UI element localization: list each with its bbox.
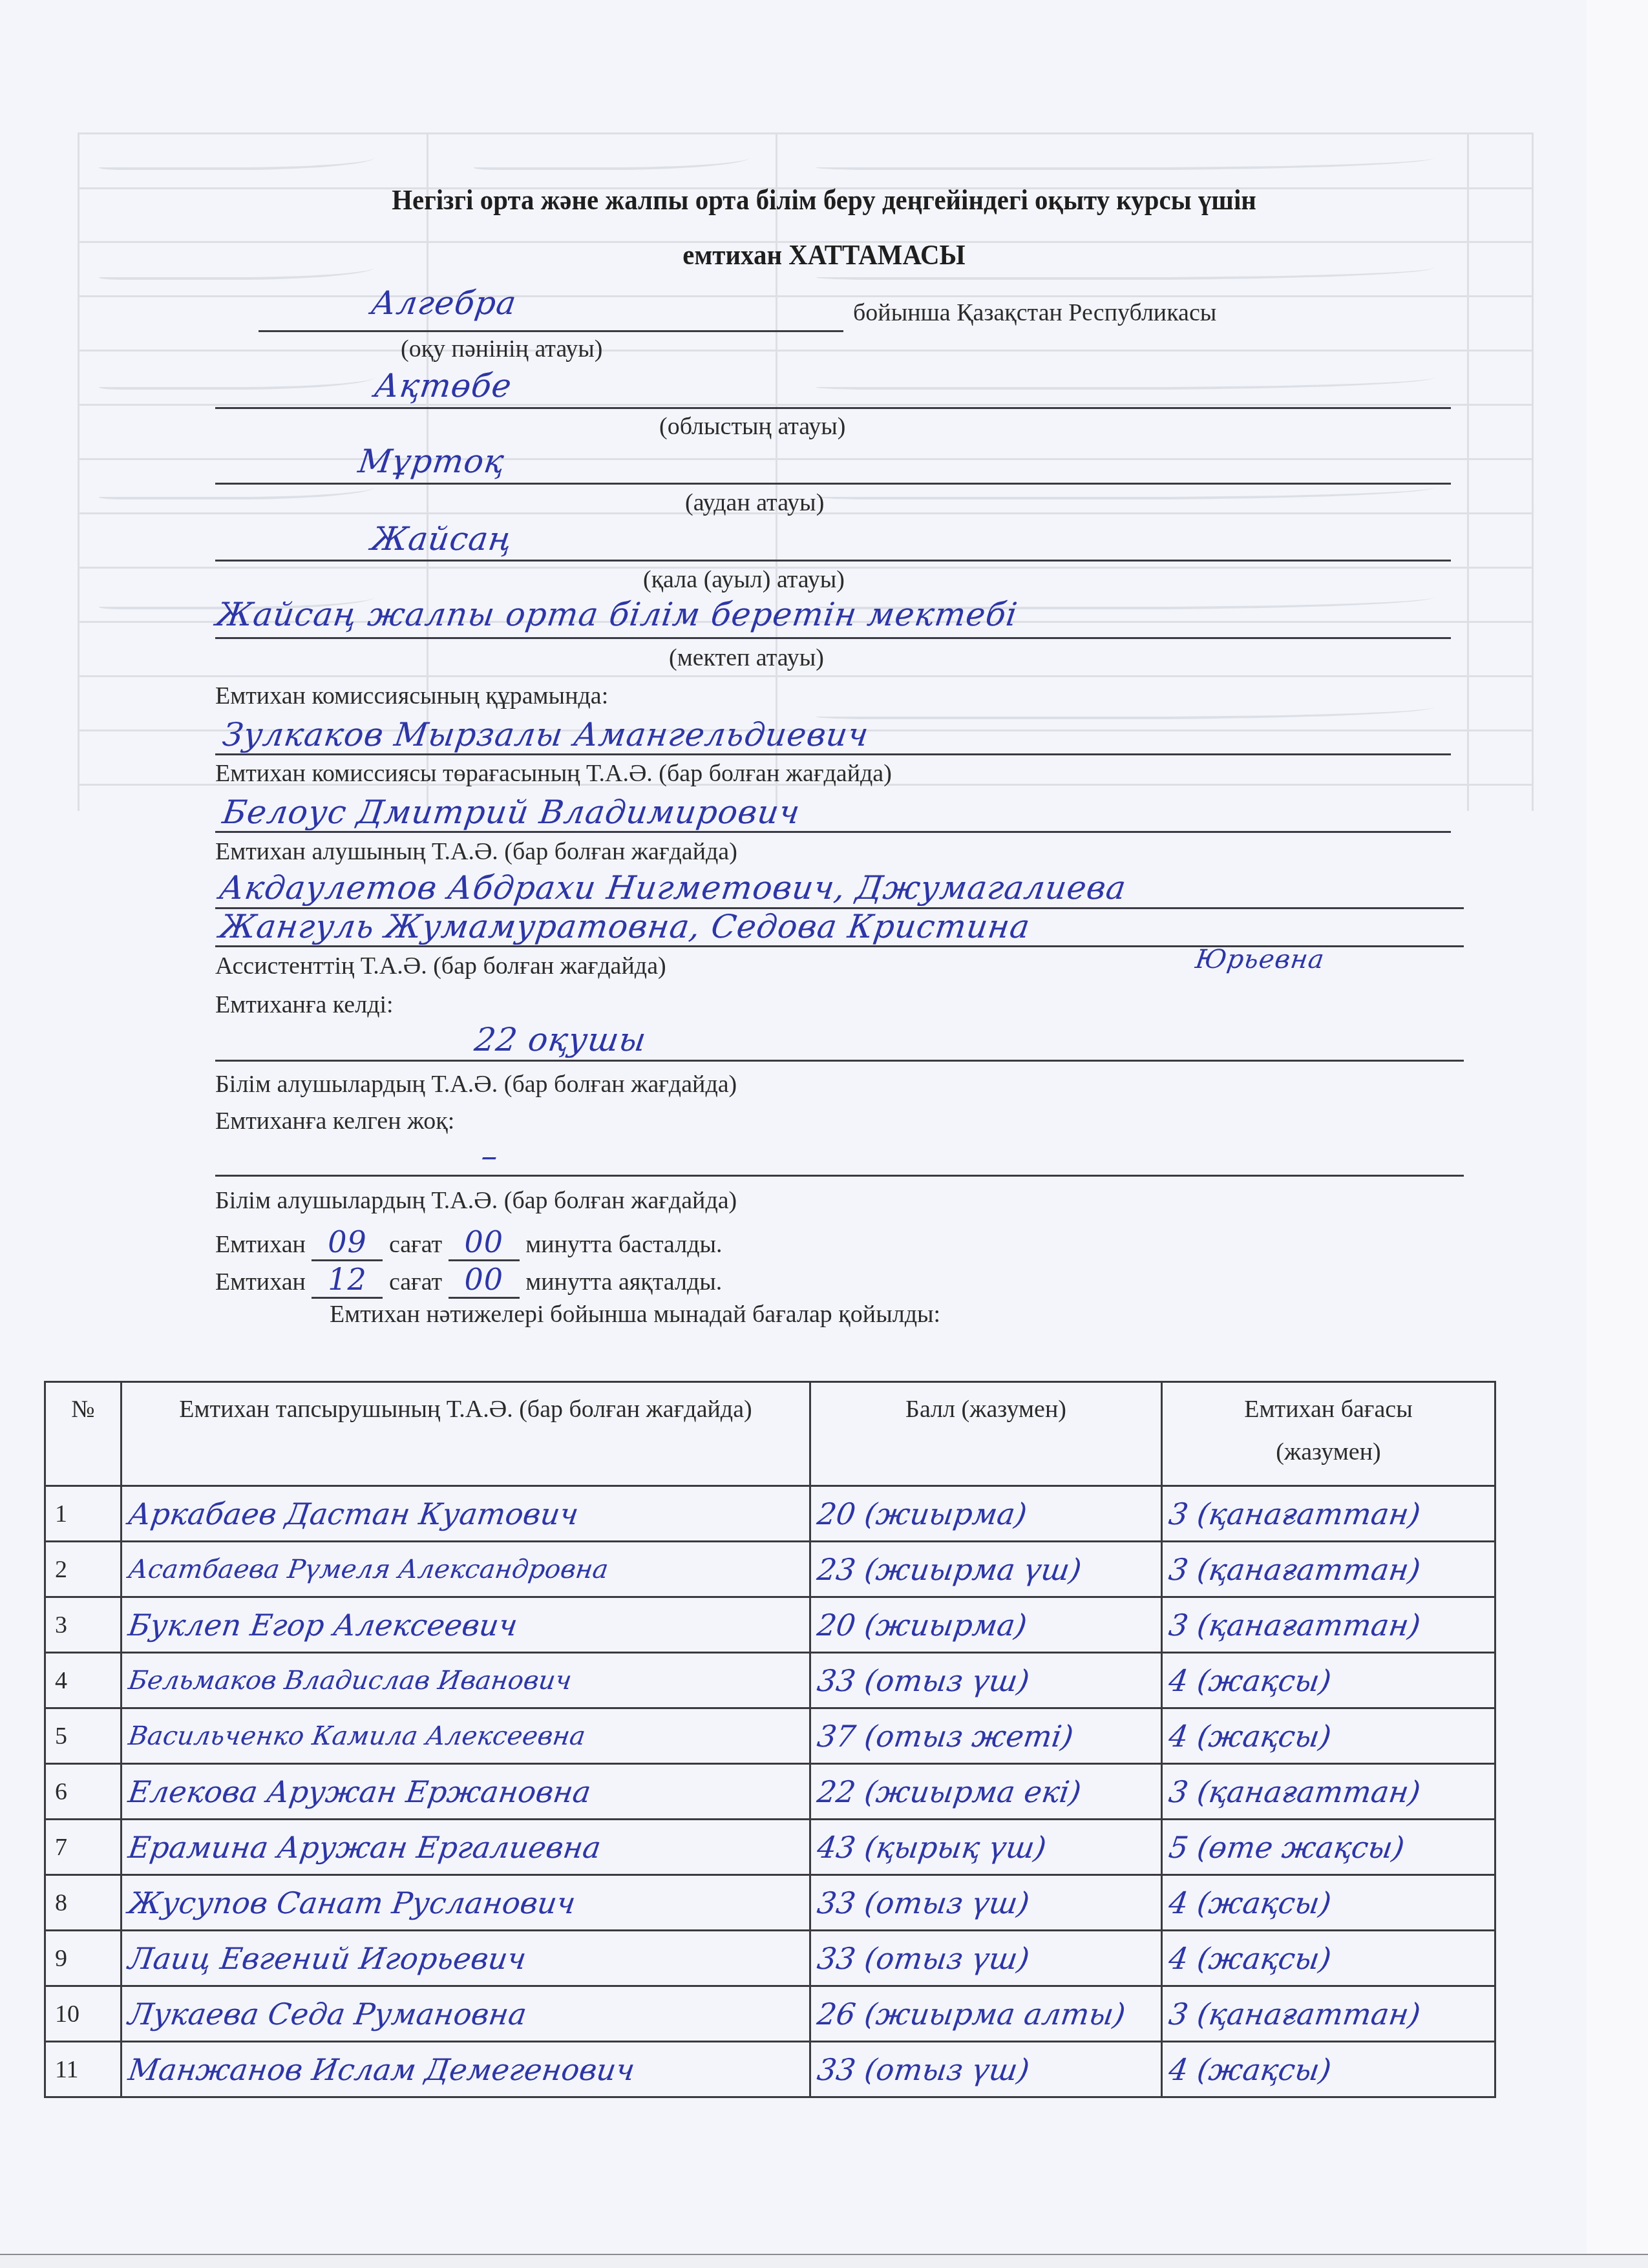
row-number: 8 (55, 1889, 67, 1916)
results-table: № Емтихан тапсырушының Т.А.Ә. (бар болға… (44, 1381, 1496, 2098)
grade-field[interactable]: 5 (өте жақсы) (1160, 1830, 1406, 1865)
score-field[interactable]: 22 (жиырма екі) (808, 1774, 1083, 1809)
grade-field[interactable]: 3 (қанағаттан) (1160, 1552, 1422, 1587)
school-field[interactable]: Жайсаң жалпы орта білім беретін мектебі (214, 596, 1020, 633)
grade-field-cell: 4 (жақсы) (1162, 1875, 1495, 1931)
student-name-field[interactable]: Буклеп Егор Алексеевич (120, 1608, 520, 1643)
chair-line (215, 831, 1451, 833)
student-name-field[interactable]: Асатбаева Рүмеля Александровна (120, 1555, 610, 1584)
score-field[interactable]: 33 (отыз үш) (808, 1885, 1031, 1920)
score-field[interactable]: 20 (жиырма) (808, 1608, 1029, 1643)
document-title-line-2: емтихан ХАТТАМАСЫ (178, 236, 1470, 275)
absent-line (215, 1175, 1464, 1177)
student-name-field-cell: Лаиц Евгений Игорьевич (121, 1931, 810, 1986)
student-name-field-cell: Буклеп Егор Алексеевич (121, 1597, 810, 1653)
score-field[interactable]: 33 (отыз үш) (808, 1941, 1031, 1976)
table-row: 9Лаиц Евгений Игорьевич33 (отыз үш)4 (жа… (45, 1931, 1495, 1986)
grade-field[interactable]: 4 (жақсы) (1160, 1941, 1333, 1976)
absent-caption: Білім алушылардың Т.А.Ә. (бар болған жағ… (215, 1186, 737, 1215)
start-minute-field[interactable]: 00 (464, 1224, 503, 1259)
school-line (215, 637, 1451, 639)
score-field-cell: 33 (отыз үш) (810, 1931, 1162, 1986)
district-line (215, 483, 1451, 485)
grade-field-cell: 3 (қанағаттан) (1162, 1597, 1495, 1653)
city-line (215, 560, 1451, 562)
score-field[interactable]: 43 (қырық үш) (808, 1830, 1048, 1865)
score-field[interactable]: 33 (отыз үш) (808, 1663, 1031, 1698)
region-line (215, 407, 1451, 409)
row-number-cell: 2 (45, 1542, 121, 1597)
score-field-cell: 37 (отыз жеті) (810, 1708, 1162, 1764)
score-field[interactable]: 23 (жиырма үш) (808, 1552, 1083, 1587)
city-field[interactable]: Жайсаң (369, 520, 515, 558)
student-name-field[interactable]: Елекова Аружан Ержановна (120, 1774, 593, 1809)
grade-field-cell: 5 (өте жақсы) (1162, 1820, 1495, 1875)
table-row: 11Манжанов Ислам Демегенович33 (отыз үш)… (45, 2042, 1495, 2097)
attended-field[interactable]: 22 оқушы (472, 1021, 649, 1058)
grade-field[interactable]: 4 (жақсы) (1160, 1719, 1333, 1754)
start-mid: сағат (389, 1231, 442, 1258)
grade-field-cell: 3 (қанағаттан) (1162, 1542, 1495, 1597)
start-suffix: минутта басталды. (525, 1231, 722, 1258)
student-name-field[interactable]: Манжанов Ислам Демегенович (120, 2052, 637, 2087)
table-row: 3Буклеп Егор Алексеевич20 (жиырма)3 (қан… (45, 1597, 1495, 1653)
row-number-cell: 9 (45, 1931, 121, 1986)
score-field[interactable]: 20 (жиырма) (808, 1496, 1029, 1531)
student-name-field[interactable]: Васильченко Камила Алексеевна (120, 1721, 587, 1751)
table-row: 2Асатбаева Рүмеля Александровна23 (жиырм… (45, 1542, 1495, 1597)
score-field-cell: 20 (жиырма) (810, 1486, 1162, 1542)
table-row: 8Жусупов Санат Русланович33 (отыз үш)4 (… (45, 1875, 1495, 1931)
student-name-field-cell: Жусупов Санат Русланович (121, 1875, 810, 1931)
score-field-cell: 26 (жиырма алты) (810, 1986, 1162, 2042)
region-caption: (облыстың атауы) (659, 412, 845, 441)
row-number: 7 (55, 1834, 67, 1861)
absent-label: Емтиханға келген жоқ: (215, 1107, 454, 1135)
grade-field[interactable]: 4 (жақсы) (1160, 2052, 1333, 2087)
row-number-cell: 8 (45, 1875, 121, 1931)
score-field-cell: 22 (жиырма екі) (810, 1764, 1162, 1820)
commission-label: Емтихан комиссиясының құрамында: (215, 682, 608, 710)
subject-suffix: бойынша Қазақстан Республикасы (853, 299, 1216, 327)
student-name-field-cell: Асатбаева Рүмеля Александровна (121, 1542, 810, 1597)
grade-field-cell: 4 (жақсы) (1162, 2042, 1495, 2097)
score-field[interactable]: 26 (жиырма алты) (808, 1997, 1127, 2032)
assistant-label: Ассистенттің Т.А.Ә. (бар болған жағдайда… (215, 952, 666, 980)
results-body: 1Аркабаев Дастан Куатович20 (жиырма)3 (қ… (45, 1486, 1495, 2097)
grade-field-cell: 4 (жақсы) (1162, 1708, 1495, 1764)
grade-field[interactable]: 3 (қанағаттан) (1160, 1496, 1422, 1531)
score-field-cell: 33 (отыз үш) (810, 1875, 1162, 1931)
row-number: 9 (55, 1945, 67, 1972)
region-field[interactable]: Ақтөбе (372, 367, 514, 404)
student-name-field-cell: Лукаева Седа Румановна (121, 1986, 810, 2042)
row-number: 11 (55, 2056, 79, 2083)
row-number-cell: 6 (45, 1764, 121, 1820)
header-name: Емтихан тапсырушының Т.А.Ә. (бар болған … (121, 1382, 810, 1486)
examiner-field-line-3[interactable]: Юрьевна (1194, 945, 1327, 974)
start-hour-field[interactable]: 09 (328, 1224, 367, 1259)
header-score: Балл (жазумен) (810, 1382, 1162, 1486)
row-number-cell: 4 (45, 1653, 121, 1708)
attended-line (215, 1060, 1464, 1062)
examiner-field-line-1[interactable]: Акдаулетов Абдрахи Нигметович, Джумагали… (217, 869, 1129, 907)
student-name-field-cell: Елекова Аружан Ержановна (121, 1764, 810, 1820)
row-number-cell: 10 (45, 1986, 121, 2042)
student-name-field[interactable]: Лаиц Евгений Игорьевич (120, 1941, 529, 1976)
student-name-field-cell: Аркабаев Дастан Куатович (121, 1486, 810, 1542)
school-caption: (мектеп атауы) (669, 644, 824, 672)
attended-caption: Білім алушылардың Т.А.Ә. (бар болған жағ… (215, 1070, 737, 1098)
grade-field[interactable]: 4 (жақсы) (1160, 1885, 1333, 1920)
row-number: 6 (55, 1778, 67, 1805)
student-name-field[interactable]: Лукаева Седа Румановна (120, 1997, 529, 2032)
chair-label: Емтихан комиссиясы төрағасының Т.А.Ә. (б… (215, 759, 892, 788)
score-field-cell: 43 (қырық үш) (810, 1820, 1162, 1875)
city-caption: (қала (ауыл) атауы) (643, 565, 845, 594)
row-number-cell: 5 (45, 1708, 121, 1764)
student-name-field[interactable]: Ерамина Аружан Ергалиевна (120, 1830, 603, 1865)
grade-field[interactable]: 3 (қанағаттан) (1160, 1774, 1422, 1809)
district-caption: (аудан атауы) (685, 488, 824, 517)
end-hour-field[interactable]: 12 (328, 1262, 367, 1297)
score-field[interactable]: 33 (отыз үш) (808, 2052, 1031, 2087)
subject-field[interactable]: Алгебра (369, 284, 519, 322)
commission-field[interactable]: Зулкаков Мырзалы Амангельдиевич (220, 716, 871, 753)
student-name-field-cell: Ерамина Аружан Ергалиевна (121, 1820, 810, 1875)
row-number: 10 (55, 2000, 79, 2028)
header-number: № (45, 1382, 121, 1486)
grade-field-cell: 4 (жақсы) (1162, 1653, 1495, 1708)
student-name-field-cell: Манжанов Ислам Демегенович (121, 2042, 810, 2097)
row-number: 2 (55, 1556, 67, 1583)
row-number-cell: 7 (45, 1820, 121, 1875)
end-minute-field[interactable]: 00 (464, 1262, 503, 1297)
student-name-field[interactable]: Жусупов Санат Русланович (120, 1885, 578, 1920)
table-row: 4Бельмаков Владислав Иванович33 (отыз үш… (45, 1653, 1495, 1708)
row-number: 1 (55, 1500, 67, 1528)
student-name-field-cell: Бельмаков Владислав Иванович (121, 1653, 810, 1708)
end-mid: сағат (389, 1268, 442, 1296)
student-name-field[interactable]: Бельмаков Владислав Иванович (120, 1666, 574, 1696)
results-header-row: № Емтихан тапсырушының Т.А.Ә. (бар болға… (45, 1382, 1495, 1486)
grade-field-cell: 3 (қанағаттан) (1162, 1486, 1495, 1542)
grade-field[interactable]: 3 (қанағаттан) (1160, 1608, 1422, 1643)
student-name-field-cell: Васильченко Камила Алексеевна (121, 1708, 810, 1764)
subject-caption: (оқу пәнінің атауы) (401, 335, 603, 363)
table-row: 10Лукаева Седа Румановна26 (жиырма алты)… (45, 1986, 1495, 2042)
row-number-cell: 1 (45, 1486, 121, 1542)
score-field-cell: 33 (отыз үш) (810, 1653, 1162, 1708)
row-number-cell: 3 (45, 1597, 121, 1653)
chair-field[interactable]: Белоус Дмитрий Владимирович (220, 793, 803, 831)
table-row: 6Елекова Аружан Ержановна22 (жиырма екі)… (45, 1764, 1495, 1820)
commission-line (215, 753, 1451, 755)
row-number: 3 (55, 1612, 67, 1639)
absent-field[interactable]: – (479, 1137, 501, 1175)
grade-field-cell: 3 (қанағаттан) (1162, 1986, 1495, 2042)
row-number: 5 (55, 1723, 67, 1750)
examiner-label: Емтихан алушының Т.А.Ә. (бар болған жағд… (215, 837, 737, 866)
subject-line (259, 330, 843, 332)
row-number: 4 (55, 1667, 67, 1694)
table-row: 1Аркабаев Дастан Куатович20 (жиырма)3 (қ… (45, 1486, 1495, 1542)
grade-field-cell: 4 (жақсы) (1162, 1931, 1495, 1986)
score-field-cell: 33 (отыз үш) (810, 2042, 1162, 2097)
header-grade: Емтихан бағасы (жазумен) (1162, 1382, 1495, 1486)
student-name-field[interactable]: Аркабаев Дастан Куатович (120, 1496, 580, 1531)
table-row: 5Васильченко Камила Алексеевна37 (отыз ж… (45, 1708, 1495, 1764)
score-field-cell: 23 (жиырма үш) (810, 1542, 1162, 1597)
row-number-cell: 11 (45, 2042, 121, 2097)
end-time-row: Емтихан 12 сағат 00 минутта аяқталды. (215, 1262, 722, 1299)
document-title-line-1: Негізгі орта және жалпы орта білім беру … (178, 181, 1470, 220)
attended-label: Емтиханға келді: (215, 991, 394, 1019)
start-prefix: Емтихан (215, 1231, 306, 1258)
end-suffix: минутта аяқталды. (525, 1268, 722, 1296)
district-field[interactable]: Мұртоқ (356, 443, 507, 480)
start-time-row: Емтихан 09 сағат 00 минутта басталды. (215, 1224, 723, 1261)
paper-edge (1587, 0, 1648, 2268)
results-intro: Емтихан нәтижелері бойынша мынадай бағал… (330, 1300, 940, 1328)
table-row: 7Ерамина Аружан Ергалиевна43 (қырық үш)5… (45, 1820, 1495, 1875)
grade-field[interactable]: 4 (жақсы) (1160, 1663, 1333, 1698)
end-prefix: Емтихан (215, 1268, 306, 1296)
paper-bottom-edge (0, 2254, 1648, 2268)
examiner-field-line-2[interactable]: Жангуль Жумамуратовна, Седова Кристина (217, 908, 1033, 945)
grade-field-cell: 3 (қанағаттан) (1162, 1764, 1495, 1820)
score-field[interactable]: 37 (отыз жеті) (808, 1719, 1075, 1754)
grade-field[interactable]: 3 (қанағаттан) (1160, 1997, 1422, 2032)
score-field-cell: 20 (жиырма) (810, 1597, 1162, 1653)
